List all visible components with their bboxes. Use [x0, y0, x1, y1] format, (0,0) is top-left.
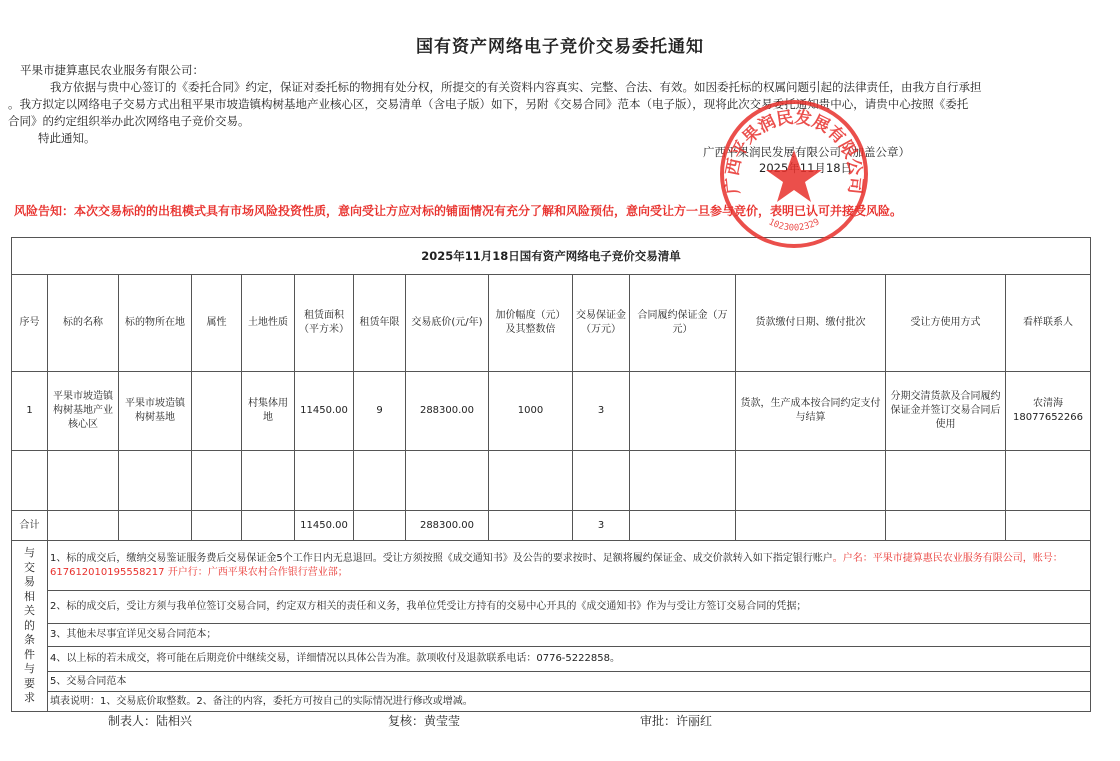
total-label: 合计: [12, 511, 48, 541]
cell-empty: [1006, 451, 1091, 511]
cell-empty: [630, 511, 736, 541]
cell-name: 平果市坡造镇构树基地产业核心区: [48, 372, 119, 451]
condition-1: 1、标的成交后，缴纳交易鉴证服务费后交易保证金5个工作日内无息退回。受让方须按照…: [48, 541, 1091, 591]
condition-row: 与交易相关的条件与要求 1、标的成交后，缴纳交易鉴证服务费后交易保证金5个工作日…: [12, 541, 1091, 591]
fill-instructions: 填表说明：1、交易底价取整数。2、备注的内容，委托方可按自己的实际情况进行修改或…: [48, 692, 1091, 712]
conditions-label: 与交易相关的条件与要求: [12, 546, 47, 706]
cell-deposit: 3: [573, 372, 630, 451]
cell-empty: [295, 451, 354, 511]
cell-empty: [192, 451, 242, 511]
body-line-3: 合同》的约定组织举办此次网络电子竞价交易。: [8, 113, 250, 130]
cell-land-type: 村集体用地: [242, 372, 295, 451]
cell-empty: [489, 511, 573, 541]
header-cell: 租赁面积（平方米）: [295, 275, 354, 372]
total-row: 合计 11450.00 288300.00 3: [12, 511, 1091, 541]
header-cell: 土地性质: [242, 275, 295, 372]
cell-payment-terms: 货款，生产成本按合同约定支付与结算: [736, 372, 886, 451]
table-title-row: 2025年11月18日国有资产网络电子竞价交易清单: [12, 238, 1091, 275]
cell-empty: [192, 511, 242, 541]
cell-empty: [736, 511, 886, 541]
condition-row: 4、以上标的若未成交，将可能在后期竞价中继续交易，详细情况以具体公告为准。款项收…: [12, 647, 1091, 672]
cell-empty: [406, 451, 489, 511]
header-cell: 标的物所在地: [119, 275, 192, 372]
cell-base-price: 288300.00: [406, 372, 489, 451]
cell-empty: [1006, 511, 1091, 541]
condition-3: 3、其他未尽事宜详见交易合同范本；: [48, 624, 1091, 647]
cell-empty: [886, 451, 1006, 511]
header-cell: 序号: [12, 275, 48, 372]
addressee: 平果市捷算惠民农业服务有限公司：: [20, 62, 204, 79]
signer: 广西平果润民发展有限公司（加盖公章）: [703, 144, 910, 161]
header-cell: 交易保证金（万元）: [573, 275, 630, 372]
cell-empty: [48, 451, 119, 511]
condition-row: 5、交易合同范本: [12, 672, 1091, 692]
body-line-2: 。我方拟定以网络电子交易方式出租平果市坡造镇构树基地产业核心区，交易清单（含电子…: [8, 96, 968, 113]
preparer: 制表人：陆相兴: [108, 712, 192, 729]
svg-text:1023002329: 1023002329: [767, 217, 822, 233]
closing: 特此通知。: [38, 130, 96, 147]
cell-empty: [242, 451, 295, 511]
header-cell: 属性: [192, 275, 242, 372]
condition-1-text: 1、标的成交后，缴纳交易鉴证服务费后交易保证金5个工作日内无息退回。受让方须按照…: [50, 553, 833, 564]
cell-empty: [119, 451, 192, 511]
total-area: 11450.00: [295, 511, 354, 541]
condition-row: 3、其他未尽事宜详见交易合同范本；: [12, 624, 1091, 647]
table-row: 1 平果市坡造镇构树基地产业核心区 平果市坡造镇构树基地 村集体用地 11450…: [12, 372, 1091, 451]
conditions-label-cell: 与交易相关的条件与要求: [12, 541, 48, 712]
condition-2: 2、标的成交后，受让方须与我单位签订交易合同，约定双方相关的责任和义务，我单位凭…: [48, 591, 1091, 624]
cell-performance-bond: [630, 372, 736, 451]
cell-contact: 农清海 18077652266: [1006, 372, 1091, 451]
cell-empty: [48, 511, 119, 541]
cell-empty: [12, 451, 48, 511]
cell-empty: [242, 511, 295, 541]
total-deposit: 3: [573, 511, 630, 541]
cell-index: 1: [12, 372, 48, 451]
table-header-row: 序号 标的名称 标的物所在地 属性 土地性质 租赁面积（平方米） 租赁年限 交易…: [12, 275, 1091, 372]
cell-empty: [736, 451, 886, 511]
header-cell: 受让方使用方式: [886, 275, 1006, 372]
reviewer: 复核：黄莹莹: [388, 712, 460, 729]
transaction-table: 2025年11月18日国有资产网络电子竞价交易清单 序号 标的名称 标的物所在地…: [11, 237, 1091, 712]
notice-date: 2025年11月18日: [759, 160, 852, 177]
condition-row: 填表说明：1、交易底价取整数。2、备注的内容，委托方可按自己的实际情况进行修改或…: [12, 692, 1091, 712]
cell-term: 9: [354, 372, 406, 451]
condition-4: 4、以上标的若未成交，将可能在后期竞价中继续交易，详细情况以具体公告为准。款项收…: [48, 647, 1091, 672]
header-cell: 看样联系人: [1006, 275, 1091, 372]
total-price: 288300.00: [406, 511, 489, 541]
header-cell: 货款缴付日期、缴付批次: [736, 275, 886, 372]
cell-empty: [630, 451, 736, 511]
table-title: 2025年11月18日国有资产网络电子竞价交易清单: [12, 238, 1091, 275]
cell-empty: [354, 451, 406, 511]
cell-empty: [354, 511, 406, 541]
header-cell: 合同履约保证金（万元）: [630, 275, 736, 372]
cell-location: 平果市坡造镇构树基地: [119, 372, 192, 451]
approver: 审批：许丽红: [640, 712, 712, 729]
condition-row: 2、标的成交后，受让方须与我单位签订交易合同，约定双方相关的责任和义务，我单位凭…: [12, 591, 1091, 624]
cell-empty: [489, 451, 573, 511]
body-line-1: 我方依据与贵中心签订的《委托合同》约定，保证对委托标的物拥有处分权，所提交的有关…: [50, 79, 982, 96]
header-cell: 标的名称: [48, 275, 119, 372]
cell-empty: [119, 511, 192, 541]
header-cell: 加价幅度（元）及其整数倍: [489, 275, 573, 372]
cell-increment: 1000: [489, 372, 573, 451]
cell-empty: [573, 451, 630, 511]
header-cell: 交易底价(元/年): [406, 275, 489, 372]
cell-attribute: [192, 372, 242, 451]
cell-empty: [886, 511, 1006, 541]
table-row: [12, 451, 1091, 511]
header-cell: 租赁年限: [354, 275, 406, 372]
risk-notice: 风险告知：本次交易标的的出租模式具有市场风险投资性质，意向受让方应对标的铺面情况…: [14, 202, 902, 219]
cell-usage: 分期交清货款及合同履约保证金并签订交易合同后使用: [886, 372, 1006, 451]
condition-5: 5、交易合同范本: [48, 672, 1091, 692]
page-title: 国有资产网络电子竞价交易委托通知: [0, 32, 1120, 57]
cell-area: 11450.00: [295, 372, 354, 451]
